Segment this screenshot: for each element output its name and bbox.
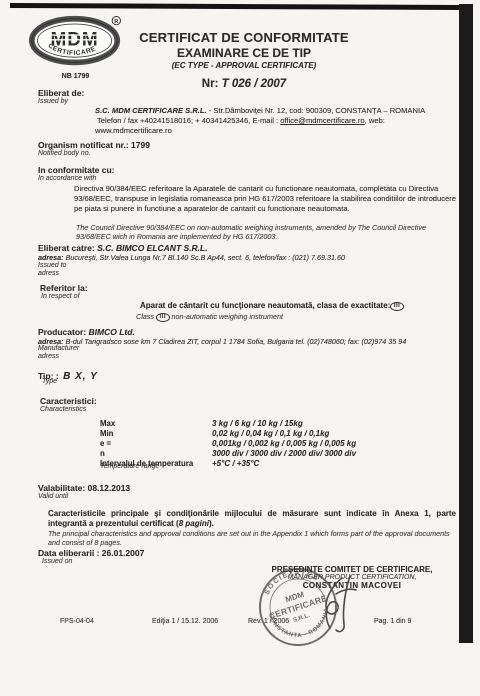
issue-date-label-ro: Data eliberarii : 26.01.2007: [38, 548, 144, 558]
certificate-number-label: Nr:: [202, 78, 219, 90]
issuer-website: www.mdmcertificare.ro: [95, 126, 455, 136]
footer-revision: Rev. 1 / 2006: [248, 618, 289, 625]
certificate-subtitle-ro: EXAMINARE CE DE TIP: [118, 46, 370, 60]
certificate-page: MDM CERTIFICARE R NB 1799 CERTIFICAT DE …: [0, 0, 480, 696]
issued-to-address-line: adresa: Bucureşti, Str.Valea Lunga Nr.7 …: [38, 253, 345, 262]
footer-edition: Ediţia 1 / 15.12. 2006: [152, 618, 218, 625]
accuracy-class-symbol-ro: III: [390, 302, 404, 311]
manufacturer-label-ro: Producator:: [38, 327, 86, 337]
instrument-text-en-post: non-automatic weighing instrument: [172, 312, 283, 321]
in-respect-label-en: In respect of: [41, 293, 80, 300]
manufacturer-address: B-dul Tarigradsco sose km 7 Cladirea ZIT…: [64, 337, 407, 346]
certificate-title-en: (EC TYPE - APPROVAL CERTIFICATE): [118, 61, 370, 70]
conformity-label-ro: In conformitate cu:: [38, 165, 115, 175]
issuer-address-line1: S.C. MDM CERTIFICARE S.R.L. - Str.Dâmbov…: [95, 106, 455, 116]
annex-text-ro-end: ).: [209, 519, 214, 528]
issuer-address-rest: - Str.Dâmboviţei Nr. 12, cod: 900309, CO…: [207, 106, 425, 115]
conformity-label-en: In accordance with: [38, 175, 96, 182]
instrument-text-en-pre: Class: [136, 312, 154, 321]
scan-edge-top: [10, 3, 462, 10]
handwritten-signature-icon: [312, 574, 368, 636]
issued-to-address-en: adress: [38, 270, 59, 277]
char-value-temperature: +5°C / +35°C: [212, 459, 259, 468]
issued-to-address-label: adresa:: [38, 253, 64, 262]
footer-doc-code: FPS-04-04: [60, 618, 94, 625]
issuer-web-label: , web:: [365, 116, 385, 125]
footer-page-number: Pag. 1 din 9: [374, 618, 411, 625]
annex-text-en: The principal characteristics and approv…: [48, 529, 458, 547]
conformity-text-ro: Directiva 90/384/EEC referitoare la Apar…: [74, 184, 462, 213]
title-block: CERTIFICAT DE CONFORMITATE EXAMINARE CE …: [118, 30, 370, 90]
certificate-number-line: Nr: T 026 / 2007: [118, 78, 370, 90]
accuracy-class-symbol-en: III: [156, 313, 170, 322]
issued-to-address: Bucureşti, Str.Valea Lunga Nr.7 Bl.140 S…: [64, 253, 345, 262]
issued-to-line: Eliberat catre: S.C. BIMCO ELCANT S.R.L.: [38, 243, 208, 253]
logo-nb-number: NB 1799: [28, 73, 123, 80]
instrument-description-en: Class III non-automatic weighing instrum…: [136, 312, 283, 322]
type-label-en: Type: [42, 378, 57, 385]
validity-label-en: Valid until: [38, 493, 68, 500]
logo-registered-mark: R: [114, 19, 118, 25]
characteristics-label-ro: Caracteristici:: [40, 396, 97, 406]
manufacturer-address-line: adresa: B-dul Tarigradsco sose km 7 Clad…: [38, 337, 406, 346]
annex-pages-count: 8 pagini: [179, 519, 209, 528]
issued-to-label-en: Issued to: [38, 262, 66, 269]
manufacturer-line: Producator: BIMCO Ltd.: [38, 327, 135, 337]
issuer-address-line2: Telefon / fax +40241518016; + 4034142534…: [97, 116, 455, 126]
characteristics-label-en: Characteristics: [40, 406, 86, 413]
issuer-phone: Telefon / fax +40241518016; + 4034142534…: [97, 116, 280, 125]
validity-label-ro: Valabilitate: 08.12.2013: [38, 483, 130, 493]
manufacturer-label-en: Manufacturer: [38, 345, 79, 352]
conformity-text-en: The Council Directive 90/384/EEC on non-…: [76, 223, 462, 241]
annex-text-ro-main: Caracteristicile principale şi condiţion…: [48, 509, 456, 528]
issuer-email-link[interactable]: office@mdmcertificare.ro: [280, 116, 364, 125]
certificate-number-value: T 026 / 2007: [222, 78, 287, 90]
type-value: B X, Y: [63, 371, 98, 382]
issue-date-label-en: Issued on: [42, 558, 72, 565]
stamp-center-srl: S.R.L.: [293, 613, 311, 624]
notified-body-label-ro: Organism notificat nr.: 1799: [38, 140, 150, 150]
issued-to-company: S.C. BIMCO ELCANT S.R.L.: [97, 243, 208, 253]
scan-edge-right: [459, 4, 473, 643]
manufacturer-address-en: adress: [38, 353, 59, 360]
issued-by-label-ro: Eliberat de:: [38, 88, 84, 98]
annex-text-ro: Caracteristicile principale şi condiţion…: [48, 509, 456, 529]
instrument-text-ro: Aparat de cântarit cu funcţionare neauto…: [140, 301, 390, 310]
issuer-company: S.C. MDM CERTIFICARE S.R.L.: [95, 106, 207, 115]
in-respect-label-ro: Referitor la:: [40, 283, 88, 293]
certificate-title-ro: CERTIFICAT DE CONFORMITATE: [118, 30, 370, 45]
temperature-range-en: Temperature range: [100, 463, 159, 470]
mdm-logo-icon: MDM CERTIFICARE R: [28, 14, 123, 70]
issued-to-label-ro: Eliberat catre:: [38, 243, 95, 253]
notified-body-label-en: Notified body no.: [38, 150, 91, 157]
issuer-address-block: S.C. MDM CERTIFICARE S.R.L. - Str.Dâmbov…: [95, 106, 455, 135]
manufacturer-company: BIMCO Ltd.: [89, 327, 135, 337]
instrument-description-ro: Aparat de cântarit cu funcţionare neauto…: [140, 301, 404, 311]
issued-by-label-en: Issued by: [38, 98, 68, 105]
mdm-logo: MDM CERTIFICARE R NB 1799: [28, 14, 123, 80]
